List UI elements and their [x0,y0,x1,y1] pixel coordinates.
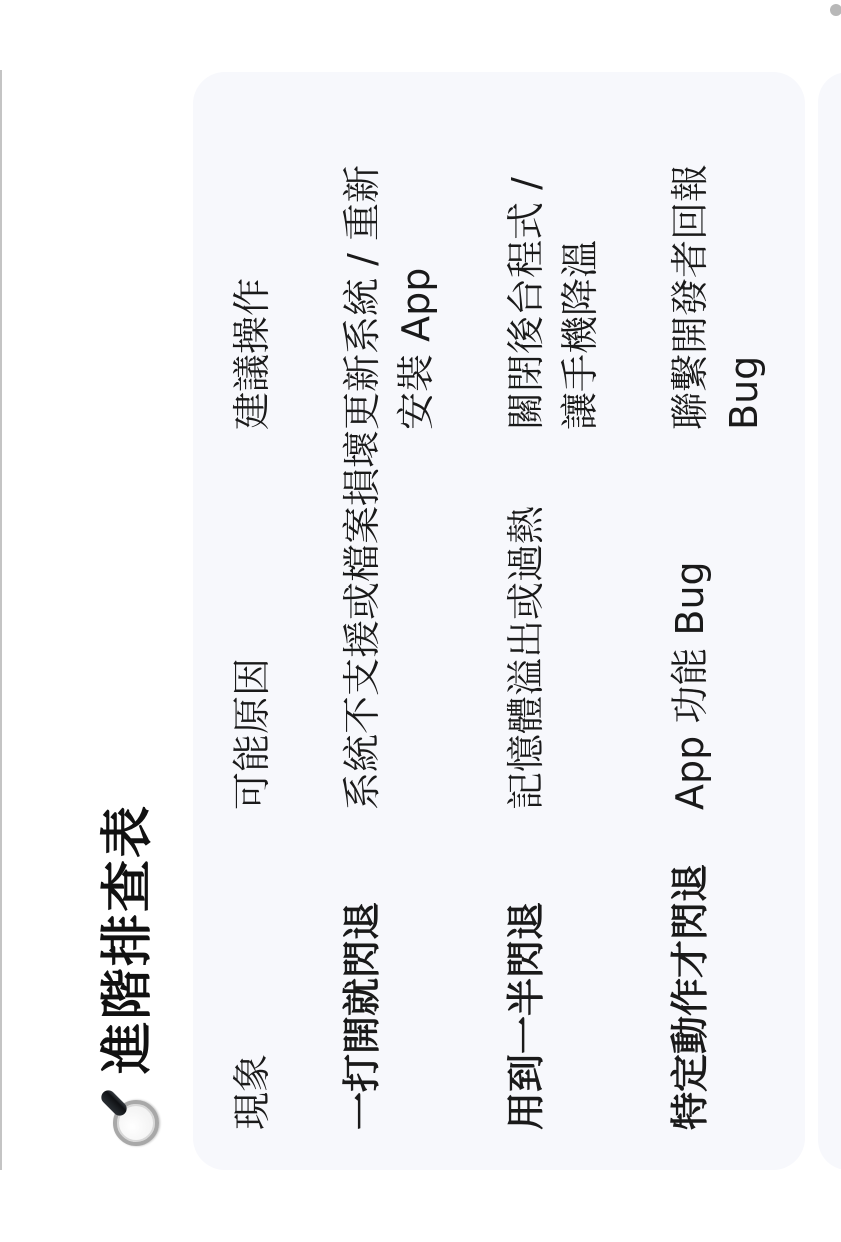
troubleshooting-table: 現象 可能原因 建議操作 一打開就閃退 系統不支援或檔案損壞 更新系統 / 重新… [217,130,771,1130]
divider-line [0,70,2,1170]
cell-cause: App 功能 Bug [663,430,771,810]
table-row: 一打開就閃退 系統不支援或檔案損壞 更新系統 / 重新安裝 App [335,130,499,1130]
screen-viewport: 進階排查表 現象 可能原因 建議操作 一打開就 [0,0,841,1242]
table-row: 特定動作才閃退 App 功能 Bug 聯繫開發者回報 Bug [663,130,771,1130]
cell-action: 聯繫開發者回報 Bug [663,130,771,430]
rotated-page-canvas: 進階排查表 現象 可能原因 建議操作 一打開就 [0,0,841,1242]
scroll-indicator-dot [830,4,841,16]
cell-cause: 系統不支援或檔案損壞 [335,430,499,810]
cell-symptom: 一打開就閃退 [335,810,499,1130]
cell-action: 關閉後台程式 / 讓手機降溫 [499,130,663,430]
cell-symptom: 特定動作才閃退 [663,810,771,1130]
cell-cause: 記憶體溢出或過熱 [499,430,663,810]
section-title: 進階排查表 [102,804,154,1074]
cell-action: 更新系統 / 重新安裝 App [335,130,499,430]
header-cause: 可能原因 [217,430,335,810]
next-card-edge [818,72,841,1170]
troubleshooting-table-card: 現象 可能原因 建議操作 一打開就閃退 系統不支援或檔案損壞 更新系統 / 重新… [193,72,805,1170]
header-symptom: 現象 [217,810,335,1130]
section-header: 進階排查表 [92,804,164,1150]
header-action: 建議操作 [217,130,335,430]
table-row: 用到一半閃退 記憶體溢出或過熱 關閉後台程式 / 讓手機降溫 [499,130,663,1130]
table-header-row: 現象 可能原因 建議操作 [217,130,335,1130]
cell-symptom: 用到一半閃退 [499,810,663,1130]
magnifying-glass-icon [95,1084,161,1150]
